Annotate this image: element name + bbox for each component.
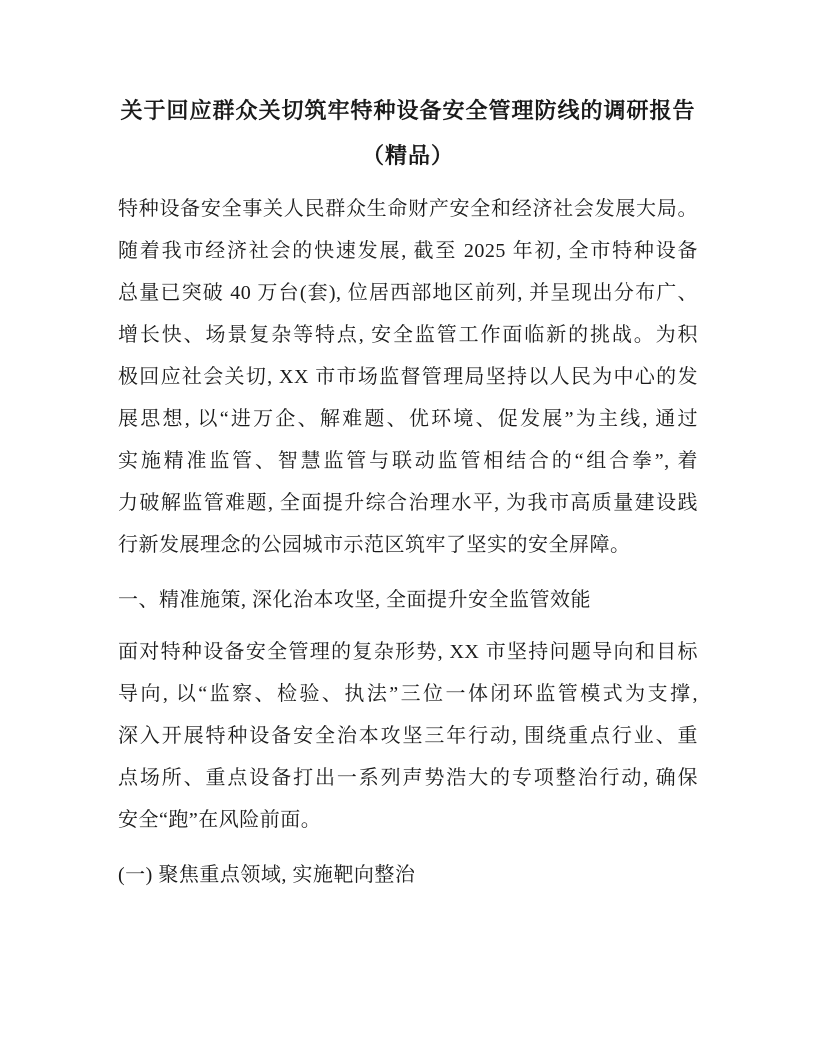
text-line: 安全“跑”在风险前面。 — [118, 799, 698, 841]
document-page: 关于回应群众关切筑牢特种设备安全管理防线的调研报告 （精品） 特种设备安全事关人… — [0, 0, 816, 1056]
document-subtitle: （精品） — [118, 133, 698, 178]
text-line: 展思想, 以“进万企、解难题、优环境、促发展”为主线, 通过 — [118, 398, 698, 440]
text-line: 特种设备安全事关人民群众生命财产安全和经济社会发展大局。 — [118, 188, 698, 230]
text-line: 深入开展特种设备安全治本攻坚三年行动, 围绕重点行业、重 — [118, 715, 698, 757]
text-line: 面对特种设备安全管理的复杂形势, XX 市坚持问题导向和目标 — [118, 631, 698, 673]
section-heading: (一) 聚焦重点领域, 实施靶向整治 — [118, 854, 698, 896]
text-line: 极回应社会关切, XX 市市场监督管理局坚持以人民为中心的发 — [118, 356, 698, 398]
text-line: 导向, 以“监察、检验、执法”三位一体闭环监管模式为支撑, — [118, 673, 698, 715]
document-title: 关于回应群众关切筑牢特种设备安全管理防线的调研报告 — [118, 88, 698, 133]
text-line: 增长快、场景复杂等特点, 安全监管工作面临新的挑战。为积 — [118, 314, 698, 356]
text-line: 实施精准监管、智慧监管与联动监管相结合的“组合拳”, 着 — [118, 440, 698, 482]
paragraph: 特种设备安全事关人民群众生命财产安全和经济社会发展大局。随着我市经济社会的快速发… — [118, 188, 698, 566]
text-line: 行新发展理念的公园城市示范区筑牢了坚实的安全屏障。 — [118, 524, 698, 566]
paragraph: 面对特种设备安全管理的复杂形势, XX 市坚持问题导向和目标导向, 以“监察、检… — [118, 631, 698, 841]
text-line: 随着我市经济社会的快速发展, 截至 2025 年初, 全市特种设备 — [118, 230, 698, 272]
text-line: 总量已突破 40 万台(套), 位居西部地区前列, 并呈现出分布广、 — [118, 272, 698, 314]
document-body: 特种设备安全事关人民群众生命财产安全和经济社会发展大局。随着我市经济社会的快速发… — [118, 188, 698, 896]
section-heading: 一、精准施策, 深化治本攻坚, 全面提升安全监管效能 — [118, 579, 698, 621]
text-line: 点场所、重点设备打出一系列声势浩大的专项整治行动, 确保 — [118, 757, 698, 799]
text-line: 力破解监管难题, 全面提升综合治理水平, 为我市高质量建设践 — [118, 482, 698, 524]
